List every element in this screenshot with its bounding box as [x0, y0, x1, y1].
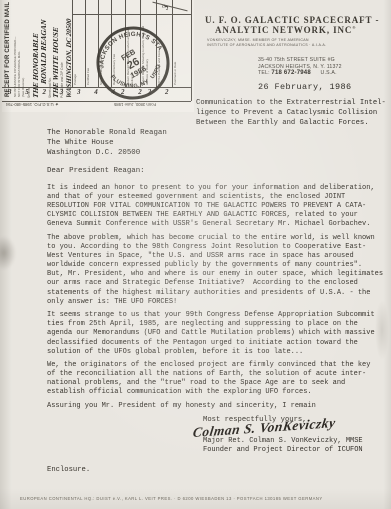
scan-smudge	[0, 236, 16, 270]
address-street: 35-40 75th STREET SUITE #G	[258, 57, 342, 64]
receipt-field-certified-fee: Certified Fee	[87, 16, 91, 85]
recipient-address-block: The Honorable Ronald Reagan The White Ho…	[47, 128, 167, 158]
paragraph-3: It seems strange to us that your 99th Co…	[47, 311, 391, 356]
receipt-field-postage: Postage	[74, 16, 78, 85]
receipt-corner-stroke	[152, 2, 187, 12]
tel-label: TEL:	[258, 70, 270, 76]
receipt-grid-line	[191, 0, 192, 101]
address-tel-line: TEL: 718 672-7948 U.S.A.	[258, 70, 342, 77]
receipt-grid-line	[72, 14, 191, 15]
letter-body: It is indeed an honor to present to you …	[47, 184, 391, 474]
registered-mark: ®	[352, 25, 356, 30]
org-name-line2: ANALYTIC NETWORK, INC®	[215, 25, 379, 35]
letterhead: U. F. O. GALACTIC SPACECRAFT - ANALYTIC …	[205, 15, 379, 47]
paragraph-4: We, the originators of the enclosed proj…	[47, 361, 391, 397]
org-membership-lines: VONKEVICZKY, MMSE. MEMBER OF THE AMERICA…	[207, 38, 379, 47]
postmark-uspo: USPO	[148, 63, 164, 81]
postmark-stamp: JACKSON HEIGHTS STA FLUSHING, NY USPO FE…	[89, 19, 177, 107]
receipt-handwritten-white-house: THE WHITE HOUSE	[52, 0, 61, 99]
letterhead-footer: EUROPEAN CONTINENTAL HQ.: DUIST e.V., KA…	[20, 496, 388, 501]
certified-mail-receipt: RECEIPT FOR CERTIFIED MAIL NO INSURANCE …	[2, 0, 194, 112]
paragraph-2: The above problem, which has become cruc…	[47, 234, 391, 307]
signer-name-title: Major Ret. Colman S. VonKeviczky, MMSE F…	[203, 437, 391, 456]
paragraph-5: Assuring you Mr. President of my honesty…	[47, 402, 391, 411]
address-city: JACKSON HEIGHTS, N. Y. 11372	[258, 64, 342, 71]
svg-text:USPO: USPO	[148, 63, 164, 81]
scanned-letter-page: RECEIPT FOR CERTIFIED MAIL NO INSURANCE …	[0, 0, 391, 509]
letterhead-address: 35-40 75th STREET SUITE #G JACKSON HEIGH…	[258, 57, 342, 77]
enclosure-note: Enclosure.	[47, 466, 391, 474]
receipt-addressee-block: Sent to THE HONORABLE RONALD REAGAN Stre…	[28, 0, 73, 98]
org-name-line1: U. F. O. GALACTIC SPACECRAFT -	[205, 15, 379, 25]
receipt-field-postmark-date: Postmark or Date	[174, 16, 178, 85]
country-label: U.S.A.	[321, 70, 337, 76]
receipt-title: RECEIPT FOR CERTIFIED MAIL	[5, 2, 11, 97]
receipt-gpo-imprint: ★ U.S.G.P.O. 1985-480-794	[6, 102, 59, 107]
receipt-handwritten-reagan: RONALD REAGAN	[40, 0, 49, 85]
scan-smudge	[375, 300, 389, 360]
letter-subject: Communication to the Extraterrestrial In…	[196, 99, 386, 128]
org-name-line2-text: ANALYTIC NETWORK, INC	[215, 25, 352, 35]
tel-number: 718 672-7948	[271, 70, 310, 76]
salutation: Dear President Reagan:	[47, 167, 145, 175]
paragraph-1: It is indeed an honor to present to you …	[47, 184, 391, 229]
receipt-subtitle: NO INSURANCE COVERAGE PROVIDED— NOT FOR …	[14, 2, 26, 97]
letter-date: 26 February, 1986	[258, 82, 352, 92]
